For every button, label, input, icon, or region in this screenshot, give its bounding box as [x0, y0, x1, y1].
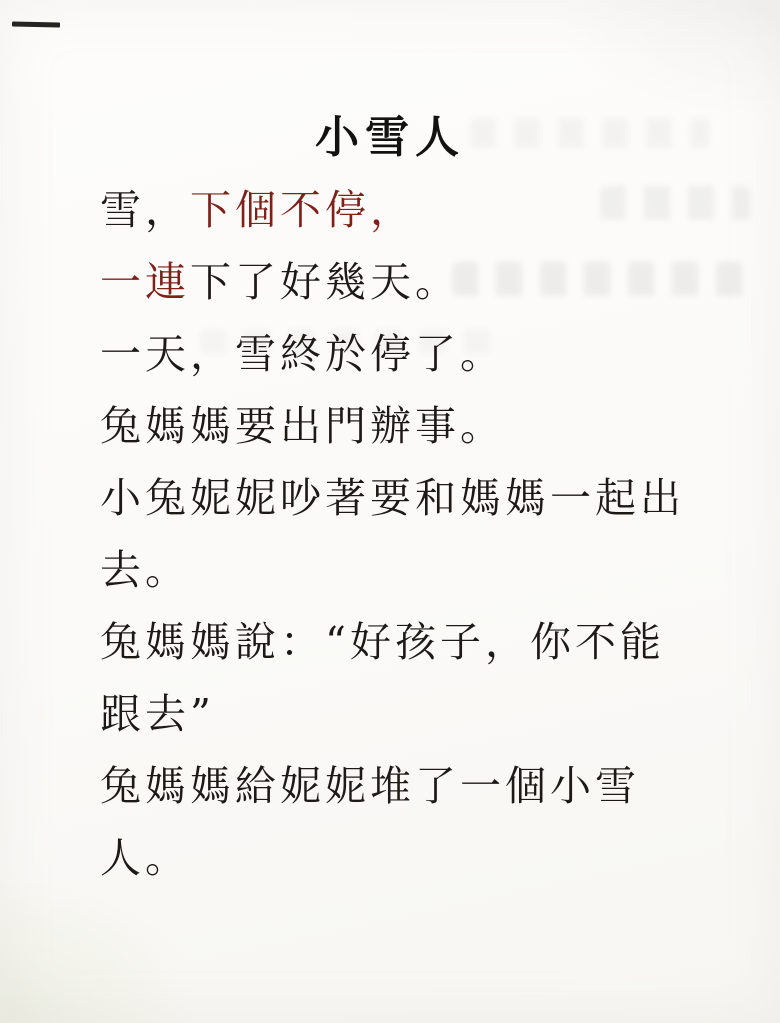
text-line: 人。: [100, 822, 720, 894]
text-segment: 下了好幾天。: [190, 258, 460, 306]
text-line: 兔媽媽要出門辦事。: [100, 390, 720, 462]
text-segment: 兔媽媽說：“好孩子，你不能: [100, 618, 665, 666]
text-segment: 一天，雪終於停了。: [100, 330, 505, 378]
highlighted-text-segment: 下個不停，: [190, 186, 415, 234]
text-line: 去。: [100, 534, 720, 606]
scanned-story-page: 小雪人 雪，下個不停，一連下了好幾天。一天，雪終於停了。兔媽媽要出門辦事。小兔妮…: [0, 0, 780, 1023]
text-line: 一天，雪終於停了。: [100, 318, 720, 390]
text-segment: 小兔妮妮吵著要和媽媽一起出: [100, 474, 685, 522]
text-segment: 人。: [100, 834, 190, 882]
text-line: 一連下了好幾天。: [100, 246, 720, 318]
text-line: 雪，下個不停，: [100, 174, 720, 246]
text-line: 兔媽媽給妮妮堆了一個小雪: [100, 750, 720, 822]
text-line: 小兔妮妮吵著要和媽媽一起出: [100, 462, 720, 534]
text-segment: 雪，: [100, 186, 190, 234]
text-segment: 跟去”: [100, 690, 215, 738]
corner-dash-mark: [12, 21, 60, 27]
highlighted-text-segment: 一連: [100, 258, 190, 306]
story-lines: 雪，下個不停，一連下了好幾天。一天，雪終於停了。兔媽媽要出門辦事。小兔妮妮吵著要…: [100, 174, 720, 894]
text-line: 跟去”: [100, 678, 720, 750]
text-segment: 兔媽媽給妮妮堆了一個小雪: [100, 762, 640, 810]
text-line: 兔媽媽說：“好孩子，你不能: [100, 606, 720, 678]
text-segment: 去。: [100, 546, 190, 594]
page-title: 小雪人: [0, 110, 780, 166]
text-segment: 兔媽媽要出門辦事。: [100, 402, 505, 450]
